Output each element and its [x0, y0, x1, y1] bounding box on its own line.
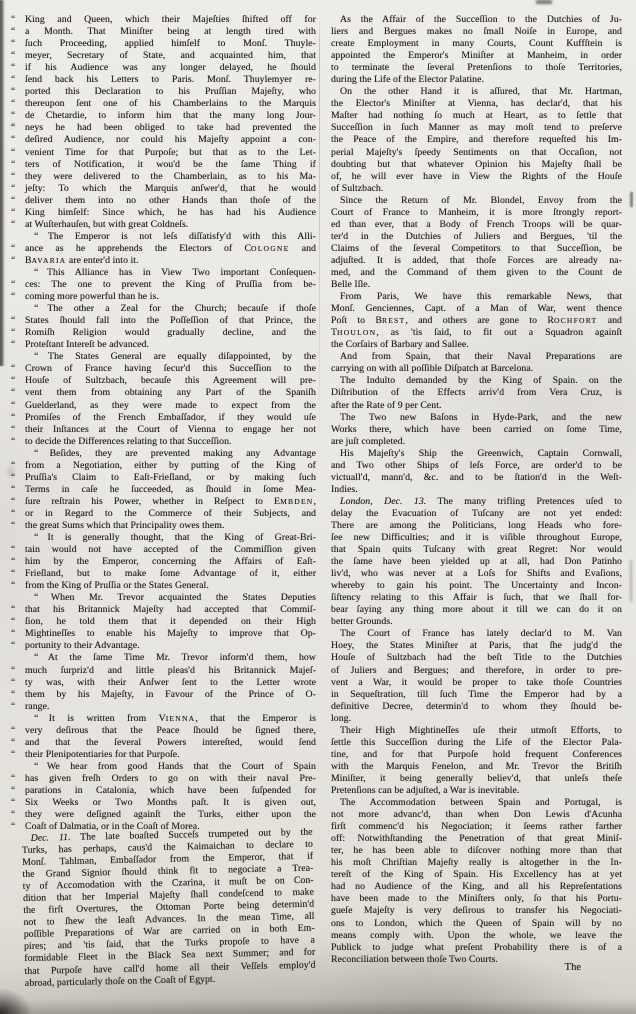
text-line: “very deſirous that the Peace ſhould be … — [25, 725, 316, 737]
paragraph: The Accommodation between Spain and Port… — [331, 797, 622, 966]
text-line: “range. — [25, 701, 316, 713]
text-line: London, Dec. 13. The many trifling Prete… — [331, 496, 622, 508]
text-line: to terminate the ſeveral Pretenſions to … — [331, 62, 622, 74]
scan-bottom-shadow — [0, 999, 636, 1014]
text-line: “ſend back his Letters to Paris. Monſ. T… — [25, 74, 316, 86]
text-line: “ance as he apprehends the Electors of C… — [25, 243, 316, 255]
text-line: after the Rate of 9 per Cent. — [331, 400, 622, 412]
paragraph: “ The Emperor is not leſs diſſatisfy'd w… — [25, 231, 316, 267]
scan-corner-blot — [0, 988, 32, 1014]
text-line: firſt commenc'd his Negociation; it ſeem… — [331, 821, 622, 833]
text-line: “ters of Notification, it wou'd be the ſ… — [25, 159, 316, 171]
text-line: “portunity to their Advantage. — [25, 640, 316, 652]
text-line: Belle Iſle. — [331, 279, 622, 291]
text-line: means comply with. Upon the whole, we le… — [331, 930, 622, 942]
text-line: gueſe Majeſty is very deſirous to transf… — [331, 905, 622, 917]
text-line: off: Notwithſtanding the Penetration of … — [331, 833, 622, 845]
paragraph: “ The States General are equally diſappo… — [25, 351, 316, 447]
paragraph: “ At the ſame Time Mr. Trevor inform'd t… — [25, 652, 316, 712]
paragraph: As the Affair of the Succeſſion to the D… — [331, 14, 622, 86]
text-line: “Terms in caſe he ſucceeded, as ſhould i… — [25, 484, 316, 496]
text-line: His Majeſty's Ship the Greenwich, Captai… — [331, 448, 622, 460]
text-line: “ We hear from good Hands that the Court… — [25, 761, 316, 773]
text-line: “neys he had been obliged to take had pr… — [25, 122, 316, 134]
text-line: “that his Britannick Majeſty had accepte… — [25, 604, 316, 616]
text-line: “ The States General are equally diſappo… — [25, 351, 316, 363]
text-line: that Spain quits Tuſcany with great Regr… — [331, 544, 622, 556]
paragraph: London, Dec. 13. The many trifling Prete… — [331, 496, 622, 629]
text-line: “they were deſigned againſt the Turks, e… — [25, 809, 316, 821]
text-line: “King himſelf: Since which, he has had h… — [25, 207, 316, 219]
text-line: “de Chetardie, to inform him that the ma… — [25, 110, 316, 122]
text-line: ter'd in the Dutchies of Juliers and Ber… — [331, 231, 622, 243]
text-line: Works there, which have been carried on … — [331, 424, 622, 436]
text-line: “him by the Emperor, concerning the Affa… — [25, 556, 316, 568]
text-line: “ The other a Zeal for the Church; becau… — [25, 303, 316, 315]
text-line: tereſt of the King of Spain. His Excelle… — [331, 869, 622, 881]
paragraph: Since the Return of Mr. Blondel, Envoy f… — [331, 195, 622, 291]
text-line: “Proteſtant Intereſt be advanced. — [25, 339, 316, 351]
text-line: “their Inſtances at the Court of Vienna … — [25, 424, 316, 436]
paragraph: His Majeſty's Ship the Greenwich, Captai… — [331, 448, 622, 496]
paragraph: “ It is written from VIENNA, that the Em… — [25, 713, 316, 761]
text-line: There are among the Politicians, long He… — [331, 520, 622, 532]
scan-top-mark — [536, 0, 552, 4]
text-line: Monſ. Genciennes, Capt. of a Man of War,… — [331, 303, 622, 315]
text-line: THOULON, as 'tis ſaid, to fit out a Squa… — [331, 327, 622, 339]
text-line: “Crown of France having ſecur'd this Suc… — [25, 363, 316, 375]
paragraph: From Paris, We have this remarkable News… — [331, 291, 622, 351]
text-line: “King and Queen, which their Majeſties ſ… — [25, 14, 316, 26]
text-line: “ſure reſtrain his Power, whether in Reſ… — [25, 496, 316, 508]
scan-right-smudge — [630, 560, 632, 602]
text-line: Since the Return of Mr. Blondel, Envoy f… — [331, 195, 622, 207]
text-line: “ſuch Proceeding, applied himſelf to Mon… — [25, 38, 316, 50]
text-line: “Houſe of Sultzbach, becauſe this Agreem… — [25, 375, 316, 387]
text-line: bear ſaying any thing more about it till… — [331, 604, 622, 616]
text-line: “at Wuſterhauſen, but with great Coldneſ… — [25, 219, 316, 231]
text-line: “or in Regard to the Commerce of their S… — [25, 508, 316, 520]
text-line: “ty was, with their Anſwer ſent to the L… — [25, 677, 316, 689]
text-line: Miniſter, it being generally believ'd, t… — [331, 773, 622, 785]
text-line: “meyer, Secretary of State, and acquaint… — [25, 50, 316, 62]
column-right: As the Affair of the Succeſſion to the D… — [331, 14, 622, 966]
paragraph: “ This Alliance has in View Two importan… — [25, 267, 316, 303]
text-line: “Six Weeks or Two Months paſt. It is giv… — [25, 797, 316, 809]
scan-right-mark — [630, 192, 633, 207]
paragraph: “King and Queen, which their Majeſties ſ… — [25, 14, 316, 231]
text-line: “ It is written from VIENNA, that the Em… — [25, 713, 316, 725]
column-divider — [319, 16, 320, 446]
text-line: better Grounds. — [331, 616, 622, 628]
text-line: liv'd, who was never at a Loſs for Shift… — [331, 568, 622, 580]
paragraph: “ The other a Zeal for the Church; becau… — [25, 303, 316, 351]
text-line: “ When Mr. Trevor acquainted the States … — [25, 592, 316, 604]
text-line: “deliver them into no other Hands than t… — [25, 195, 316, 207]
text-line: of Sultzbach. — [331, 183, 622, 195]
text-line: carrying on with all poſſible Diſpatch a… — [331, 363, 622, 375]
text-line: of, he will ever have in View the Rights… — [331, 171, 622, 183]
text-line: “Pruſſia's Claim to Eaſt-Frieſland, or b… — [25, 472, 316, 484]
paragraph: “ It is generally thought, that the King… — [25, 532, 316, 592]
text-line: ons to London, which the Queen of Spain … — [331, 918, 622, 930]
text-line: tine, and for that Purpoſe hold frequent… — [331, 749, 622, 761]
text-line: long. — [331, 713, 622, 725]
paragraph: On the other Hand it is aſſured, that Mr… — [331, 86, 622, 194]
text-line: ter, he has been able to diſcover nothin… — [331, 845, 622, 857]
text-line: “Guelderland, as they were made to expec… — [25, 400, 316, 412]
text-line: the ſame have been yielded up at all, ha… — [331, 556, 622, 568]
text-line: adjuſted. It is added, that thoſe Forces… — [331, 255, 622, 267]
text-line: “a Month. That Miniſter being at length … — [25, 26, 316, 38]
text-line: And from Spain, that their Naval Prepara… — [331, 351, 622, 363]
text-line: “they were delivered to the Chamberlain,… — [25, 171, 316, 183]
text-line: Hoey, the States Miniſter at Paris, that… — [331, 640, 622, 652]
paragraph: “ When Mr. Trevor acquainted the States … — [25, 592, 316, 652]
text-line: “much ſurpriz'd and little pleas'd his B… — [25, 665, 316, 677]
text-line: and Two other Ships of leſs Force, are o… — [331, 460, 622, 472]
text-line: “from the King of Pruſſia or the States … — [25, 580, 316, 592]
paragraph: “ Beſides, they are prevented making any… — [25, 448, 316, 532]
text-line: The Indulto demanded by the King of Spai… — [331, 375, 622, 387]
text-line: ed than ever, that a Body of French Troo… — [331, 219, 622, 231]
text-line: The Court of France has lately declar'd … — [331, 628, 622, 640]
scan-left-edge-artifact — [0, 0, 5, 366]
text-line: “BAVARIA are enter'd into it. — [25, 255, 316, 267]
text-line: “jeſty: To which the Marquis anſwer'd, t… — [25, 183, 316, 195]
text-line: his moſt Chriſtian Majeſty really is alt… — [331, 857, 622, 869]
text-line: med, and the Command of them given to th… — [331, 267, 622, 279]
newspaper-scan-page: “King and Queen, which their Majeſties ſ… — [0, 0, 636, 1014]
text-line: “them by his Majeſty, in Favour of the P… — [25, 689, 316, 701]
text-line: The Two new Baſons in Hyde-Park, and the… — [331, 412, 622, 424]
text-line: Succeſſion in ſuch Manner as may moſt te… — [331, 122, 622, 134]
text-line: “the great Sums which that Principality … — [25, 520, 316, 532]
text-line: create Employment in many Courts, Count … — [331, 38, 622, 50]
text-line: Indies. — [331, 484, 622, 496]
text-line: in Sequeſtration, till ſuch Time the Emp… — [331, 689, 622, 701]
text-line: “tain would not have accepted of the Com… — [25, 544, 316, 556]
paragraph: The Court of France has lately declar'd … — [331, 628, 622, 724]
text-line: From Paris, We have this remarkable News… — [331, 291, 622, 303]
paragraph: “ We hear from good Hands that the Court… — [25, 761, 316, 833]
text-line: “if his Audience was any longer delayed,… — [25, 62, 316, 74]
text-line: “and that the ſeveral Powers intereſted,… — [25, 737, 316, 749]
text-line: “coming more powerful than he is. — [25, 291, 316, 303]
text-line: Their High Mightineſſes uſe their utmoſt… — [331, 725, 622, 737]
paragraph: Their High Mightineſſes uſe their utmoſt… — [331, 725, 622, 797]
text-line: Maſter had nothing ſo much at Heart, as … — [331, 110, 622, 122]
text-line: with the Marquis Fenelon, and Mr. Trevor… — [331, 761, 622, 773]
text-line: liers and Bergues makes no ſmall Noiſe i… — [331, 26, 622, 38]
text-line: “their Plenipotentiaries for that Purpoſ… — [25, 749, 316, 761]
text-line: “thereupon ſent one of his Chamberlains … — [25, 98, 316, 110]
text-line: As the Affair of the Succeſſion to the D… — [331, 14, 622, 26]
text-line: Claims of the ſeveral Competitors to tha… — [331, 243, 622, 255]
text-line: “parations in Catalonia, which have been… — [25, 785, 316, 797]
text-line: Pretenſions can be adjuſted, a War is in… — [331, 785, 622, 797]
text-line: appointed the Emperor's Miniſter at Manh… — [331, 50, 622, 62]
text-line: “ Beſides, they are prevented making any… — [25, 448, 316, 460]
text-line: perial Majeſty's ſpeedy Sentiments on th… — [331, 147, 622, 159]
text-line: Diſtribution of the Effects arriv'd from… — [331, 387, 622, 399]
catchword: The — [331, 962, 581, 973]
text-line: The Accommodation between Spain and Port… — [331, 797, 622, 809]
text-line: not more advanc'd, than when Don Lewis d… — [331, 809, 622, 821]
text-line: “ſion, he told them that it depended on … — [25, 616, 316, 628]
text-line: have been made to the Miniſters only, ſo… — [331, 893, 622, 905]
text-line: are juſt completed. — [331, 436, 622, 448]
paragraph: And from Spain, that their Naval Prepara… — [331, 351, 622, 375]
text-line: “vent them from obtaining any Part of th… — [25, 387, 316, 399]
text-line: Publick to judge what preſent Probabilit… — [331, 942, 622, 954]
text-line: “ At the ſame Time Mr. Trevor inform'd t… — [25, 652, 316, 664]
text-line: “ The Emperor is not leſs diſſatisfy'd w… — [25, 231, 316, 243]
text-line: the Peace of the Empire, and therefore r… — [331, 134, 622, 146]
text-line: ſettle this Succeſſion during the Life o… — [331, 737, 622, 749]
text-line: Houſe of Sultzbach had the beſt Title to… — [331, 652, 622, 664]
paragraph: The Indulto demanded by the King of Spai… — [331, 375, 622, 411]
text-line: whereby to gain his point. The Uncertain… — [331, 580, 622, 592]
text-line: delay the Evacuation of Tuſcany are not … — [331, 508, 622, 520]
text-line: “Promiſes of the French Embaſſador, if t… — [25, 412, 316, 424]
text-line: Poſt to BREST, and others are gone to RO… — [331, 315, 622, 327]
text-line: On the other Hand it is aſſured, that Mr… — [331, 86, 622, 98]
text-line: definitive Decree, determin'd to whom th… — [331, 701, 622, 713]
text-line: the Corſairs of Barbary and Sallee. — [331, 339, 622, 351]
paragraph: Dec. 11. The late boaſted Succeſs trumpe… — [22, 827, 316, 990]
text-line: “ces: The one to prevent the King of Pru… — [25, 279, 316, 291]
text-line: “venient Time for that Purpoſe; but that… — [25, 147, 316, 159]
text-line: vent a War, it would be proper to take t… — [331, 677, 622, 689]
text-line: ſee new Difficulties; and it is viſible … — [331, 532, 622, 544]
text-line: doubting but that whatever Opinion his M… — [331, 159, 622, 171]
text-line: “to decide the Differences relating to t… — [25, 436, 316, 448]
text-line: ſiſtency relating to this Affair is ſuch… — [331, 592, 622, 604]
text-line: during the Life of the Elector Palatine. — [331, 74, 622, 86]
text-line: “Frieſland, but to make ſome Advantage o… — [25, 568, 316, 580]
text-line: “Romiſh Religion would gradually decline… — [25, 327, 316, 339]
text-line: had no Audience of the King, and all his… — [331, 881, 622, 893]
text-line: “Mightineſſes to enable his Majeſty to i… — [25, 628, 316, 640]
text-line: “ It is generally thought, that the King… — [25, 532, 316, 544]
text-line: “States ſhould fall into the Poſſeſſion … — [25, 315, 316, 327]
text-line: “ported this Declaration to his Pruſſian… — [25, 86, 316, 98]
text-line: Court of France to Manheim, it is more ſ… — [331, 207, 622, 219]
paragraph: The Two new Baſons in Hyde-Park, and the… — [331, 412, 622, 448]
text-line: “deſired Audience, nor could his Majeſty… — [25, 134, 316, 146]
text-line: “ This Alliance has in View Two importan… — [25, 267, 316, 279]
column-left: “King and Queen, which their Majeſties ſ… — [25, 14, 316, 990]
text-line: “has given freſh Orders to go on with th… — [25, 773, 316, 785]
text-line: victuall'd, mann'd, &c. and to be ſtatio… — [331, 472, 622, 484]
text-line: the Elector's Miniſter at Vienna, has de… — [331, 98, 622, 110]
text-line: of Juliers and Bergues; and therefore, i… — [331, 665, 622, 677]
text-line: “from a Negotiation, either by putting o… — [25, 460, 316, 472]
